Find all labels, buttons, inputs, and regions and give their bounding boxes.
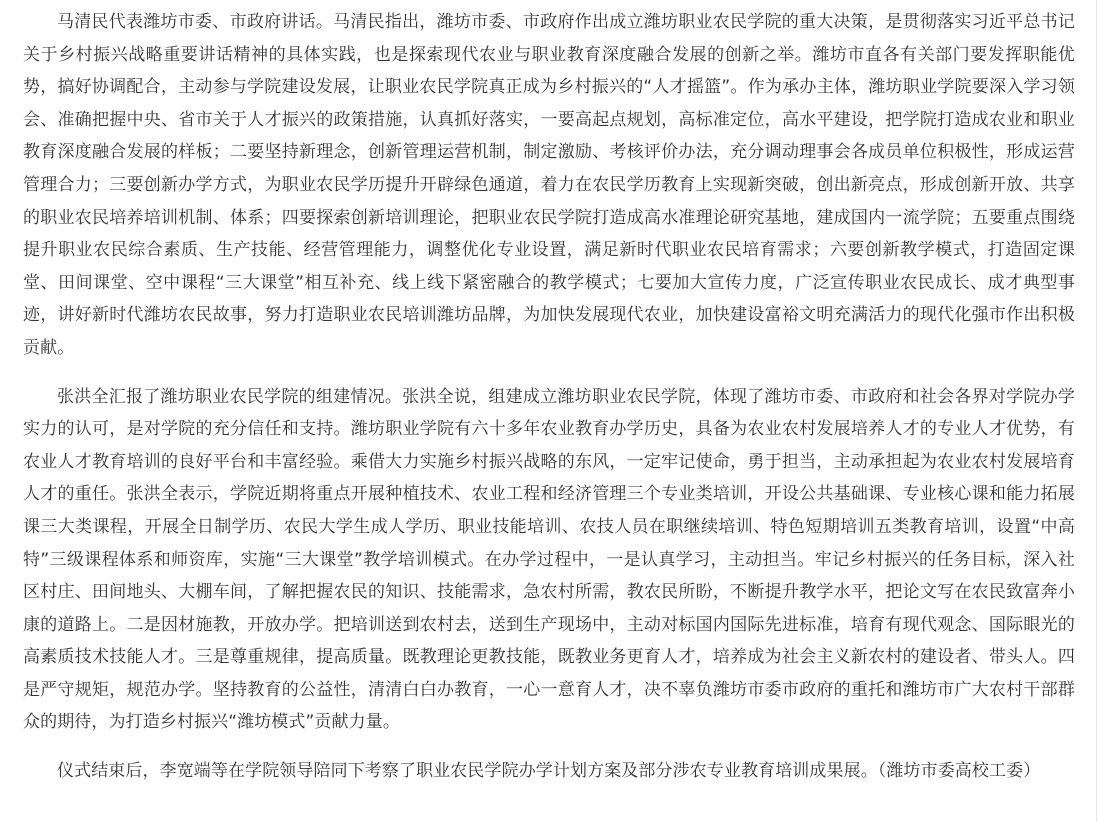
article-body: 马清民代表潍坊市委、市政府讲话。马清民指出，潍坊市委、市政府作出成立潍坊职业农民… (23, 6, 1075, 804)
article-page: 马清民代表潍坊市委、市政府讲话。马清民指出，潍坊市委、市政府作出成立潍坊职业农民… (0, 0, 1097, 822)
paragraph-closing: 仪式结束后，李宽端等在学院领导陪同下考察了职业农民学院办学计划方案及部分涉农专业… (23, 755, 1075, 788)
paragraph-speech-ma-qingmin: 马清民代表潍坊市委、市政府讲话。马清民指出，潍坊市委、市政府作出成立潍坊职业农民… (23, 6, 1075, 365)
paragraph-report-zhang-hongquan: 张洪全汇报了潍坊职业农民学院的组建情况。张洪全说，组建成立潍坊职业农民学院，体现… (23, 381, 1075, 740)
